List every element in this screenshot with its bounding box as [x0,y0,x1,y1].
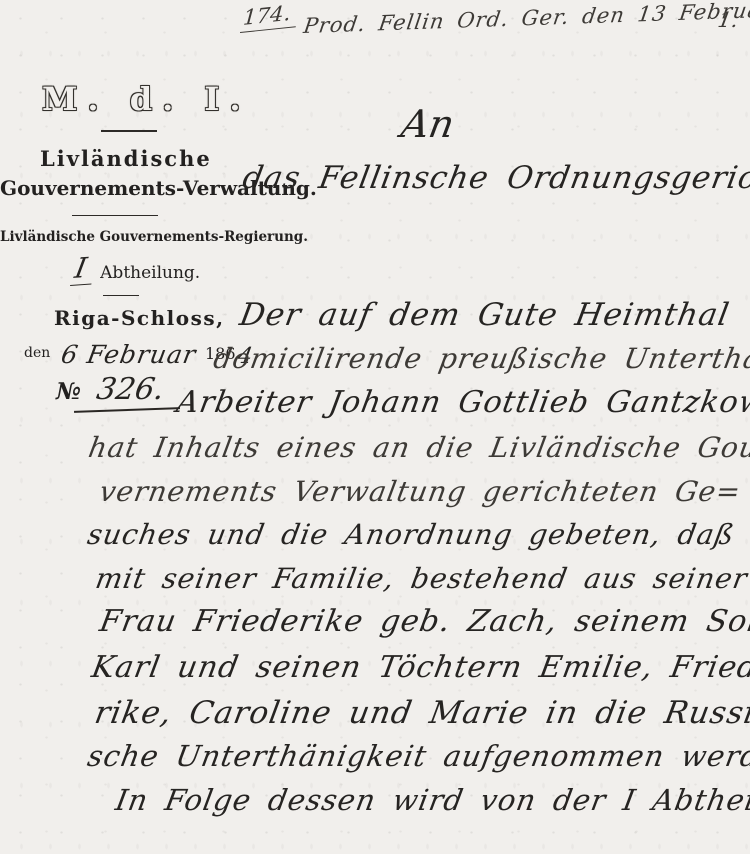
body-line: vernements Verwaltung gerichteten Ge= [97,475,744,508]
department-name: Livländische Gouvernements-Regierung. [0,229,210,245]
folio-number: 1. [716,8,740,32]
number-underline [74,407,180,413]
division-numeral: I [70,251,97,286]
body-line: hat Inhalts eines an die Livländische Go… [86,431,750,464]
letterhead-divider-small [103,295,139,296]
number-value: 326. [94,372,167,407]
body-line: rike, Caroline und Marie in die Russi= [92,695,750,731]
body-line: sche Unterthänigkeit aufgenommen werde. [85,739,750,773]
ministry-monogram: M. d. I. [42,80,217,118]
body-line: Der auf dem Gute Heimthal [237,297,732,333]
place-line: Riga-Schloss, [54,306,225,330]
body-line: Arbeiter Johann Gottlieb Gantzkow, [174,385,750,420]
received-stamp-note: Prod. Fellin Ord. Ger. den 13 Februar 18… [302,0,750,38]
document-number-line: № 326. [56,372,161,407]
number-sign: № [56,378,81,405]
body-line: Karl und seinen Töchtern Emilie, Friede= [89,650,750,685]
division-label: Abtheilung. [100,263,200,283]
body-line: domicilirende preußische Unterthan, [211,342,750,375]
body-line: In Folge dessen wird von der I Abtheilun… [113,783,750,817]
address-recipient: das Fellinsche Ordnungsgericht. [240,160,750,196]
address-salutation: An [398,102,458,146]
date-prefix: den [24,345,50,361]
institution-name-line2: Gouvernements-Verwaltung. [0,176,238,200]
institution-name-line1: Livländische [40,146,200,171]
division-line: I Abtheilung. [70,252,200,286]
document-page: 174. Prod. Fellin Ord. Ger. den 13 Febru… [0,0,750,854]
date-day-month: 6 Februar [59,340,199,369]
letterhead-divider-top [101,130,157,132]
body-line: suches und die Anordnung gebeten, daß er [85,518,750,551]
body-line: mit seiner Familie, bestehend aus seiner [93,562,750,595]
letterhead-divider-middle [72,215,158,216]
registry-number: 174. [240,0,297,33]
body-line: Frau Friederike geb. Zach, seinem Sohne [97,604,750,639]
